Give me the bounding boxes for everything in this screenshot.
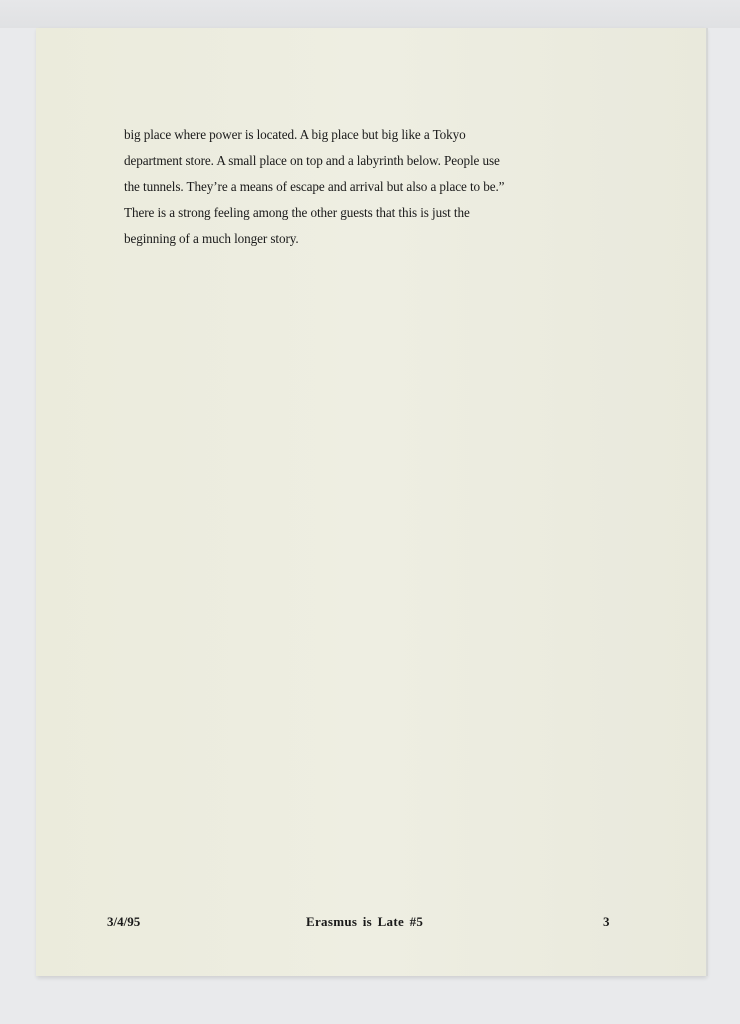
footer-page-number: 3 [603, 914, 610, 930]
document-page: big place where power is located. A big … [36, 28, 706, 976]
body-line: beginning of a much longer story. [124, 226, 564, 252]
body-line: big place where power is located. A big … [124, 122, 564, 148]
footer-title: Erasmus is Late #5 [306, 914, 423, 930]
footer-date: 3/4/95 [107, 914, 140, 930]
page-footer: 3/4/95 Erasmus is Late #5 3 [36, 914, 706, 934]
body-line: the tunnels. They’re a means of escape a… [124, 174, 564, 200]
page-edge [706, 28, 708, 976]
backdrop [0, 0, 740, 28]
body-line: department store. A small place on top a… [124, 148, 564, 174]
body-text: big place where power is located. A big … [124, 122, 564, 252]
body-line: There is a strong feeling among the othe… [124, 200, 564, 226]
